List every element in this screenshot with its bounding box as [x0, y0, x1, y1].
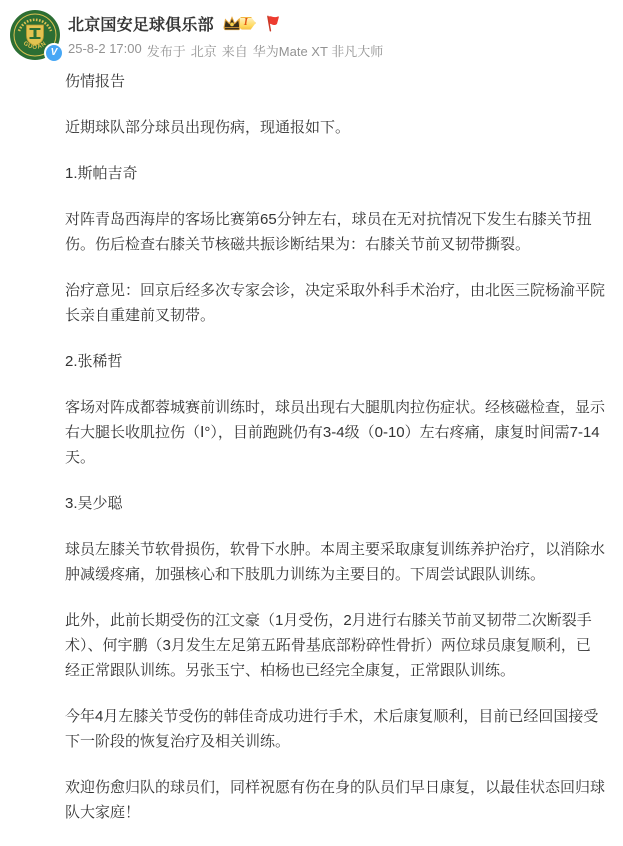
vip-level-badge: I: [239, 17, 256, 30]
red-flag-icon: [265, 15, 280, 32]
post-paragraph-player-1: 1.斯帕吉奇: [65, 161, 605, 186]
post-content: 伤情报告 近期球队部分球员出现伤病，现通报如下。 1.斯帕吉奇 对阵青岛西海岸的…: [65, 69, 605, 825]
timestamp: 25-8-2 17:00: [68, 41, 142, 60]
publish-prefix: 发布于: [147, 41, 186, 60]
post-paragraph: 球员左膝关节软骨损伤，软骨下水肿。本周主要采取康复训练养护治疗，以消除水肿减缓疼…: [65, 537, 605, 587]
verified-badge-icon: V: [44, 43, 64, 63]
post-paragraph-title: 伤情报告: [65, 69, 605, 94]
post-paragraph: 治疗意见：回京后经多次专家会诊，决定采取外科手术治疗，由北医三院杨渝平院长亲自重…: [65, 278, 605, 328]
vip-crown-badge[interactable]: I: [222, 16, 256, 31]
post-paragraph: 此外，此前长期受伤的江文豪（1月受伤，2月进行右膝关节前叉韧带二次断裂手术）、何…: [65, 608, 605, 683]
post-paragraph: 近期球队部分球员出现伤病，现通报如下。: [65, 115, 605, 140]
source-device-link[interactable]: 华为Mate XT 非凡大师: [253, 41, 384, 60]
post-paragraph-player-2: 2.张稀哲: [65, 349, 605, 374]
post-paragraph: 客场对阵成都蓉城赛前训练时，球员出现右大腿肌肉拉伤症状。经核磁检查，显示右大腿长…: [65, 395, 605, 470]
post-paragraph: 欢迎伤愈归队的球员们，同样祝愿有伤在身的队员们早日康复，以最佳状态回归球队大家庭…: [65, 775, 605, 825]
post-header: GUOAN V 北京国安足球俱乐部 I: [0, 0, 623, 60]
name-row: 北京国安足球俱乐部 I: [68, 12, 383, 34]
post-paragraph-player-3: 3.吴少聪: [65, 491, 605, 516]
username[interactable]: 北京国安足球俱乐部: [68, 12, 214, 35]
location-link[interactable]: 北京: [191, 41, 217, 60]
post-paragraph: 今年4月左膝关节受伤的韩佳奇成功进行手术，术后康复顺利，目前已经回国接受下一阶段…: [65, 704, 605, 754]
header-text: 北京国安足球俱乐部 I 25-8-2 17:0: [68, 10, 383, 60]
source-prefix: 来自: [222, 41, 248, 60]
avatar[interactable]: GUOAN V: [10, 10, 60, 60]
post-paragraph: 对阵青岛西海岸的客场比赛第65分钟左右，球员在无对抗情况下发生右膝关节扭伤。伤后…: [65, 207, 605, 257]
weibo-post: GUOAN V 北京国安足球俱乐部 I: [0, 0, 623, 825]
post-meta: 25-8-2 17:00 发布于 北京 来自 华为Mate XT 非凡大师: [68, 41, 383, 60]
